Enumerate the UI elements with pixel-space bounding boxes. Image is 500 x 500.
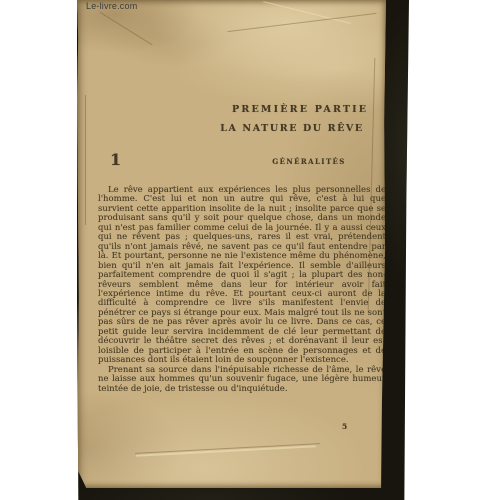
body-text: Le rêve appartient aux expériences les p… [98,186,386,394]
book-page: PREMIÈRE PARTIE LA NATURE DU RÊVE GÉNÉRA… [77,0,386,488]
paper-crease [99,12,152,46]
part-subtitle: LA NATURE DU RÊVE [218,123,366,134]
watermark: Le-livre.com [86,1,137,11]
paper-crease [85,95,86,225]
paper-crease [136,445,316,456]
paragraph: Prenant sa source dans l'inépuisable ric… [98,366,386,394]
paper-crease [263,1,351,24]
paragraph: Le rêve appartient aux expériences les p… [98,186,386,366]
page-number: 5 [342,422,347,431]
paper-crease [135,443,320,454]
paper-crease [227,13,376,32]
chapter-number: 1 [110,150,121,169]
book-cover-edge: PREMIÈRE PARTIE LA NATURE DU RÊVE GÉNÉRA… [77,0,409,500]
book-product-photo: PREMIÈRE PARTIE LA NATURE DU RÊVE GÉNÉRA… [0,0,500,500]
part-title: PREMIÈRE PARTIE [232,104,364,115]
section-label: GÉNÉRALITÉS [259,157,359,166]
